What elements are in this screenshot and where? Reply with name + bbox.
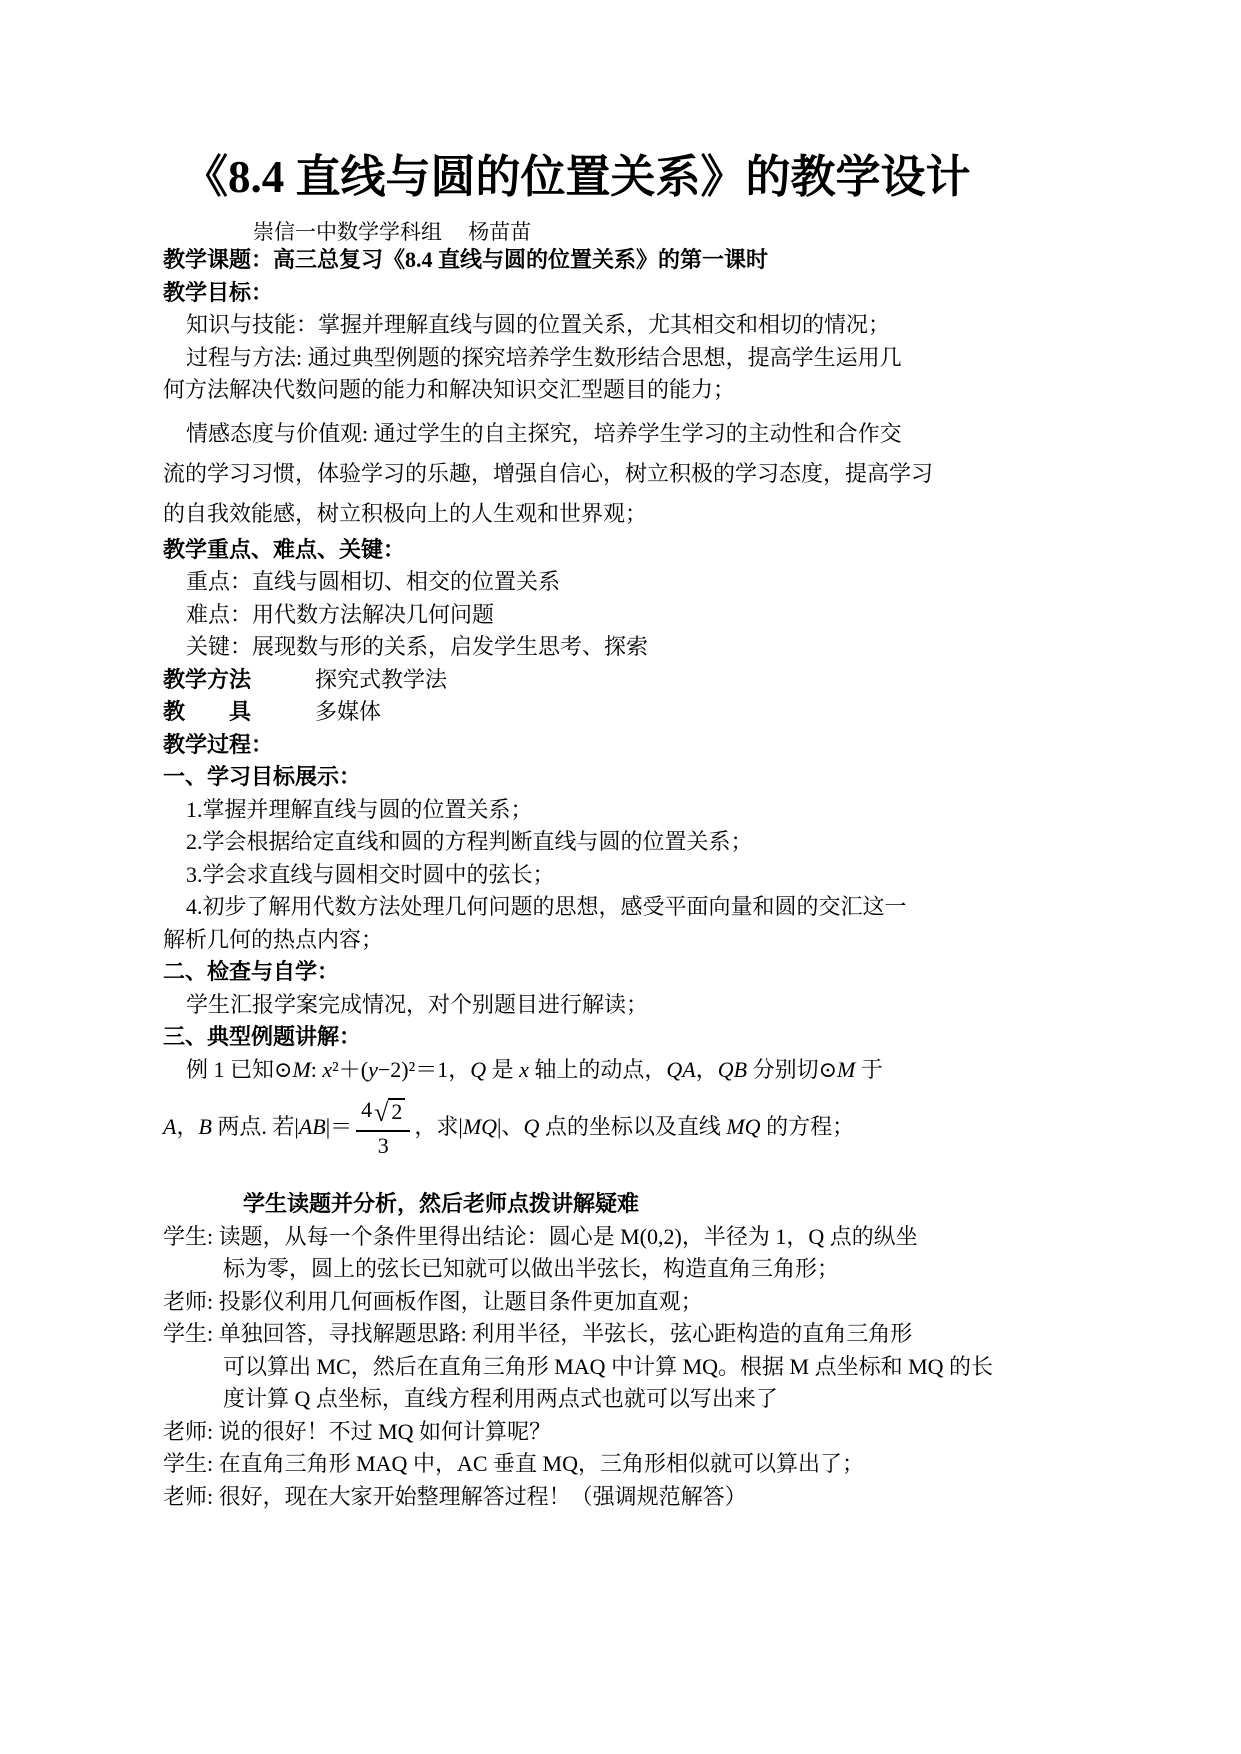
radical-sign: √ bbox=[374, 1098, 388, 1128]
doc-formula: A，B 两点. 若|AB|＝4√23，求|MQ|、Q 点的坐标以及直线 MQ 的… bbox=[163, 1086, 1093, 1168]
doc-paragraph: 3.学会求直线与圆相交时圆中的弦长； bbox=[163, 859, 1093, 892]
fraction-numerator: 4√2 bbox=[356, 1097, 410, 1133]
doc-paragraph: 解析几何的热点内容； bbox=[163, 924, 1093, 957]
dialog-line: 学生: 在直角三角形 MAQ 中，AC 垂直 MQ，三角形相似就可以算出了； bbox=[163, 1448, 1093, 1481]
radicand: 2 bbox=[388, 1098, 405, 1123]
doc-paragraph: 1.掌握并理解直线与圆的位置关系； bbox=[163, 794, 1093, 827]
dialog-line: 老师: 说的很好！不过 MQ 如何计算呢？ bbox=[163, 1416, 1093, 1449]
doc-label: 教 具 bbox=[163, 699, 251, 724]
doc-heading: 教学课题：高三总复习《8.4 直线与圆的位置关系》的第一课时 bbox=[163, 244, 1093, 277]
doc-paragraph: 流的学习习惯，体验学习的乐趣，增强自信心，树立积极的学习态度，提高学习 bbox=[163, 454, 1093, 494]
doc-heading: 教学过程： bbox=[163, 729, 1093, 762]
doc-note: 学生读题并分析，然后老师点拨讲解疑难 bbox=[163, 1188, 1093, 1221]
doc-heading: 教学重点、难点、关键： bbox=[163, 534, 1093, 567]
dialog-line: 学生: 单独回答，寻找解题思路: 利用半径，半弦长，弦心距构造的直角三角形 bbox=[163, 1318, 1093, 1351]
doc-paragraph: 重点：直线与圆相切、相交的位置关系 bbox=[163, 566, 1093, 599]
doc-labeled-line: 教学方法探究式教学法 bbox=[163, 664, 1093, 697]
doc-paragraph: 的自我效能感，树立积极向上的人生观和世界观； bbox=[163, 494, 1093, 534]
dialog-line: 可以算出 MC，然后在直角三角形 MAQ 中计算 MQ。根据 M 点坐标和 MQ… bbox=[163, 1351, 1093, 1384]
dialog-line: 老师: 投影仪利用几何画板作图，让题目条件更加直观； bbox=[163, 1286, 1093, 1319]
fraction-denominator: 3 bbox=[378, 1132, 389, 1157]
doc-heading: 二、检查与自学： bbox=[163, 956, 1093, 989]
dialog-line: 学生: 读题，从每一个条件里得出结论：圆心是 M(0,2)，半径为 1，Q 点的… bbox=[163, 1221, 1093, 1254]
formula-pre: A，B 两点. 若|AB|＝ bbox=[163, 1111, 352, 1144]
doc-paragraph: 难点：用代数方法解决几何问题 bbox=[163, 599, 1093, 632]
doc-paragraph: 关键：展现数与形的关系，启发学生思考、探索 bbox=[163, 631, 1093, 664]
doc-label-value: 多媒体 bbox=[315, 699, 381, 724]
doc-paragraph: 过程与方法: 通过典型例题的探究培养学生数形结合思想，提高学生运用几 bbox=[163, 342, 1093, 375]
doc-heading: 一、学习目标展示： bbox=[163, 761, 1093, 794]
dialog-line: 老师: 很好，现在大家开始整理解答过程！（强调规范解答） bbox=[163, 1481, 1093, 1514]
doc-paragraph: 情感态度与价值观: 通过学生的自主探究，培养学生学习的主动性和合作交 bbox=[163, 414, 1093, 454]
doc-example: 例 1 已知⊙M: x²＋(y−2)²＝1，Q 是 x 轴上的动点，QA，QB … bbox=[163, 1054, 1093, 1087]
document-byline: 崇信一中数学学科组 杨苗苗 bbox=[163, 220, 1093, 244]
doc-label: 教学方法 bbox=[163, 667, 251, 692]
doc-heading: 教学目标： bbox=[163, 277, 1093, 310]
doc-paragraph: 何方法解决代数问题的能力和解决知识交汇型题目的能力； bbox=[163, 374, 1093, 407]
fraction: 4√23 bbox=[356, 1097, 410, 1158]
doc-paragraph: 2.学会根据给定直线和圆的方程判断直线与圆的位置关系； bbox=[163, 826, 1093, 859]
dialog-line: 度计算 Q 点坐标，直线方程利用两点式也就可以写出来了 bbox=[163, 1383, 1093, 1416]
doc-paragraph: 知识与技能：掌握并理解直线与圆的位置关系，尤其相交和相切的情况； bbox=[163, 309, 1093, 342]
doc-label-value: 探究式教学法 bbox=[315, 667, 447, 692]
doc-paragraph: 学生汇报学案完成情况，对个别题目进行解读； bbox=[163, 989, 1093, 1022]
document-content: 《8.4 直线与圆的位置关系》的教学设计 崇信一中数学学科组 杨苗苗 教学课题：… bbox=[163, 148, 1093, 1513]
doc-heading: 三、典型例题讲解： bbox=[163, 1021, 1093, 1054]
formula-post: ，求|MQ|、Q 点的坐标以及直线 MQ 的方程； bbox=[414, 1111, 854, 1144]
doc-labeled-line: 教 具多媒体 bbox=[163, 696, 1093, 729]
document-title: 《8.4 直线与圆的位置关系》的教学设计 bbox=[163, 148, 1093, 206]
dialog-line: 标为零，圆上的弦长已知就可以做出半弦长，构造直角三角形； bbox=[163, 1253, 1093, 1286]
doc-paragraph: 4.初步了解用代数方法处理几何问题的思想，感受平面向量和圆的交汇这一 bbox=[163, 891, 1093, 924]
document-body: 教学课题：高三总复习《8.4 直线与圆的位置关系》的第一课时教学目标：知识与技能… bbox=[163, 244, 1093, 1513]
document-page: 《8.4 直线与圆的位置关系》的教学设计 崇信一中数学学科组 杨苗苗 教学课题：… bbox=[0, 0, 1241, 1754]
